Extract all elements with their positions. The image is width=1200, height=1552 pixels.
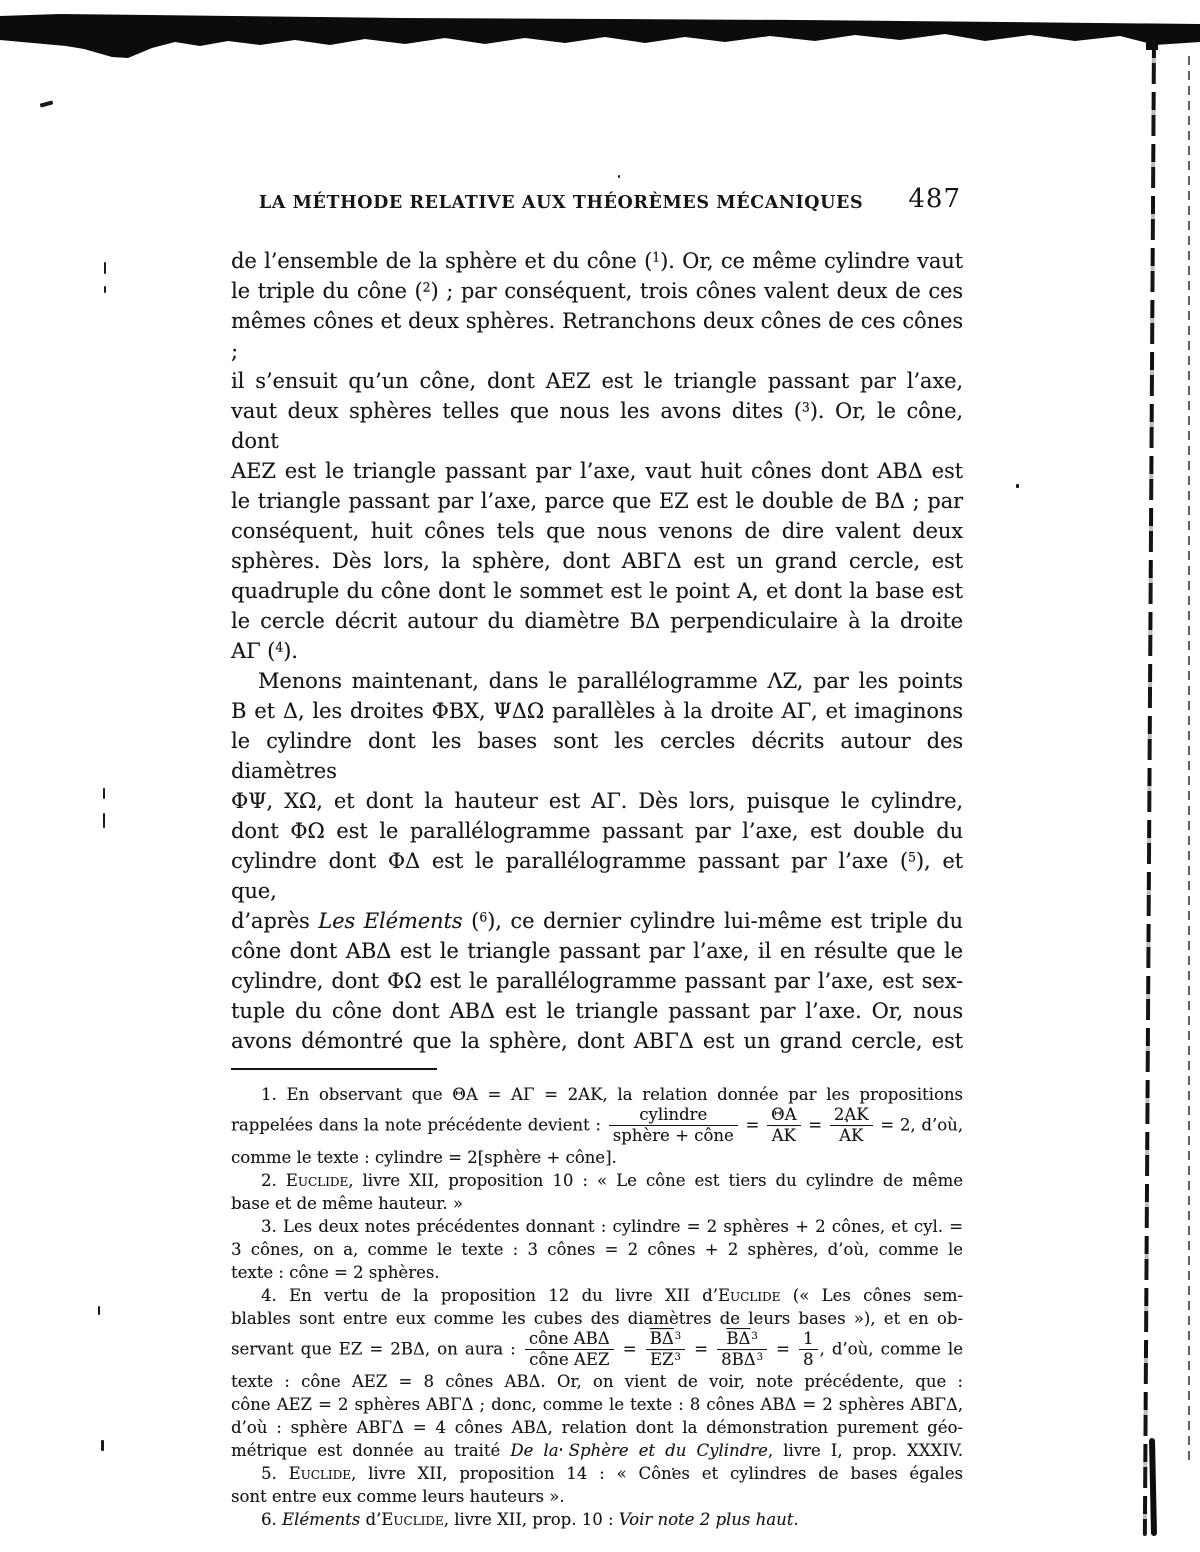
footnote-3: 3. Les deux notes précédentes donnant : …	[231, 1215, 963, 1284]
footnote-5: 5. Euclide, livre XII, proposition 14 : …	[231, 1462, 963, 1508]
text-segment: d’	[360, 1510, 381, 1529]
text-segment: d’après	[231, 909, 318, 933]
text-segment: 8	[803, 1350, 814, 1369]
text-segment: cylindre, dont ΦΩ est le parallélogramme…	[231, 969, 963, 993]
text-segment: BΔ	[726, 1329, 750, 1348]
text-segment: mêmes cônes et deux sphères. Retranchons…	[231, 309, 963, 363]
scan-artifact-binding-line	[1143, 40, 1156, 1536]
text-line: de l’ensemble de la sphère et du cône (1…	[231, 246, 963, 276]
text-line: AΓ (4).	[231, 636, 963, 666]
fraction: cône ABΔcône AEZ	[523, 1330, 616, 1370]
text-segment: Euclide	[718, 1286, 780, 1305]
text-segment: 5	[908, 850, 916, 865]
text-segment: 2.	[261, 1171, 286, 1190]
text-segment: le triangle passant par l’axe, parce que…	[231, 489, 963, 513]
text-segment: AK	[772, 1126, 796, 1145]
text-segment: Voir note 2 plus haut.	[619, 1510, 799, 1529]
text-segment: le cylindre dont les bases sont les cerc…	[231, 729, 963, 783]
text-line: tuple du cône dont ABΔ est le triangle p…	[231, 996, 963, 1026]
ink-speck	[103, 813, 105, 828]
ink-speck	[98, 1306, 100, 1315]
text-line: mêmes cônes et deux sphères. Retranchons…	[231, 306, 963, 366]
text-segment: avons démontré que la sphère, dont ABΓΔ …	[231, 1029, 963, 1053]
text-segment: cylindre dont ΦΔ est le parallélogramme …	[231, 849, 908, 873]
page-body: de l’ensemble de la sphère et du cône (1…	[231, 246, 963, 1531]
text-segment: (« Les cônes sem-	[780, 1286, 963, 1305]
text-line: texte : cône AEZ = 8 cônes ABΔ. Or, on v…	[231, 1370, 963, 1393]
text-segment: De la Sphère et du Cylindre	[510, 1441, 767, 1460]
text-line: servant que EZ = 2BΔ, on aura : cône ABΔ…	[231, 1330, 963, 1370]
text-segment: tuple du cône dont ABΔ est le triangle p…	[231, 999, 963, 1023]
ink-speck	[1016, 484, 1019, 488]
ink-speck	[40, 100, 54, 107]
text-line: le cylindre dont les bases sont les cerc…	[231, 726, 963, 786]
text-segment: , d’où, comme le	[820, 1339, 963, 1358]
text-line: AEZ est le triangle passant par l’axe, v…	[231, 456, 963, 486]
text-line: ΦΨ, XΩ, et dont la hauteur est AΓ. Dès l…	[231, 786, 963, 816]
text-line: il s’ensuit qu’un cône, dont AEZ est le …	[231, 366, 963, 396]
text-segment: de l’ensemble de la sphère et du cône (	[231, 249, 652, 273]
text-segment: , livre XII, proposition 10 : « Le cône …	[348, 1171, 963, 1190]
text-segment: , livre XII, prop. 10 :	[444, 1510, 619, 1529]
text-segment: cylindre	[639, 1105, 707, 1124]
text-segment: cône AEZ = 2 sphères ABΓΔ ; donc, comme …	[231, 1395, 963, 1414]
footnote-separator-rule	[231, 1068, 437, 1070]
text-segment: 3	[674, 1352, 680, 1363]
text-segment: métrique est donnée au traité	[231, 1441, 510, 1460]
text-line: quadruple du cône dont le sommet est le …	[231, 576, 963, 606]
text-line: comme le texte : cylindre = 2[sphère + c…	[231, 1146, 963, 1169]
text-segment: quadruple du cône dont le sommet est le …	[231, 579, 963, 603]
page-number: 487	[908, 184, 961, 214]
scanned-book-page: { "header": { "title": "LA MÉTHODE RELAT…	[0, 0, 1200, 1552]
text-segment: servant que EZ = 2BΔ, on aura :	[231, 1339, 523, 1358]
text-segment: texte : cône = 2 sphères.	[231, 1263, 440, 1282]
paragraph-2: Menons maintenant, dans le parallélogram…	[231, 666, 963, 1056]
text-segment: ΦΨ, XΩ, et dont la hauteur est AΓ. Dès l…	[231, 789, 963, 813]
ink-speck	[103, 788, 105, 799]
text-segment: cône ABΔ	[529, 1329, 610, 1348]
text-line: cône AEZ = 2 sphères ABΓΔ ; donc, comme …	[231, 1393, 963, 1416]
text-segment: sphère + cône	[613, 1126, 734, 1145]
text-segment: =	[687, 1339, 715, 1358]
text-segment: conséquent, huit cônes tels que nous ven…	[231, 519, 963, 543]
text-segment: 6.	[261, 1510, 282, 1529]
footnote-2: 2. Euclide, livre XII, proposition 10 : …	[231, 1169, 963, 1215]
running-title: LA MÉTHODE RELATIVE AUX THÉORÈMES MÉCANI…	[231, 193, 891, 213]
text-segment: 1	[652, 250, 660, 265]
text-segment: rappelées dans la note précédente devien…	[231, 1115, 607, 1134]
text-segment: 8BΔ	[721, 1350, 756, 1369]
text-segment: ) ; par conséquent, trois cônes valent d…	[430, 279, 963, 303]
scan-artifact-page-edge-line	[1188, 56, 1190, 1466]
text-segment: 6	[479, 910, 487, 925]
text-segment: 3	[802, 400, 810, 415]
scan-artifact-bottom-right-mark	[1149, 1438, 1157, 1536]
text-line: rappelées dans la note précédente devien…	[231, 1106, 963, 1146]
text-line: métrique est donnée au traité De la Sphè…	[231, 1439, 963, 1462]
footnote-1: 1. En observant que ΘA = AΓ = 2AK, la re…	[231, 1083, 963, 1169]
text-segment: comme le texte : cylindre = 2[sphère + c…	[231, 1148, 617, 1167]
text-line: 3 cônes, on a, comme le texte : 3 cônes …	[231, 1238, 963, 1261]
text-segment: 4	[275, 640, 283, 655]
fraction: 18	[797, 1330, 820, 1370]
paragraph-1: de l’ensemble de la sphère et du cône (1…	[231, 246, 963, 666]
footnote-4: 4. En vertu de la proposition 12 du livr…	[231, 1284, 963, 1462]
text-segment: Menons maintenant, dans le parallélogram…	[258, 669, 963, 693]
text-line: 5. Euclide, livre XII, proposition 14 : …	[231, 1462, 963, 1485]
text-line: d’après Les Eléments (6), ce dernier cyl…	[231, 906, 963, 936]
text-segment: dont ΦΩ est le parallélogramme passant p…	[231, 819, 963, 843]
text-segment: =	[803, 1115, 828, 1134]
fraction: 2AKAK	[828, 1106, 875, 1146]
text-segment: , livre XII, proposition 14 : « Cônes et…	[351, 1464, 963, 1483]
text-segment: =	[769, 1339, 797, 1358]
text-segment: il s’ensuit qu’un cône, dont AEZ est le …	[231, 369, 963, 393]
fraction: cylindresphère + cône	[607, 1106, 740, 1146]
text-segment: Euclide	[286, 1171, 348, 1190]
fraction: BΔ3EZ3	[644, 1330, 687, 1370]
text-line: texte : cône = 2 sphères.	[231, 1261, 963, 1284]
text-line: cylindre, dont ΦΩ est le parallélogramme…	[231, 966, 963, 996]
ink-speck	[618, 175, 620, 178]
text-segment: cône AEZ	[529, 1350, 609, 1369]
fraction: BΔ38BΔ3	[715, 1330, 769, 1370]
text-segment: = 2, d’où,	[875, 1115, 963, 1134]
text-line: cylindre dont ΦΔ est le parallélogramme …	[231, 846, 963, 906]
text-segment: 3	[757, 1352, 763, 1363]
text-segment: sont entre eux comme leurs hauteurs ».	[231, 1487, 565, 1506]
text-segment: AK	[839, 1126, 863, 1145]
text-segment: 5.	[261, 1464, 289, 1483]
text-line: le triple du cône (2) ; par conséquent, …	[231, 276, 963, 306]
text-segment: 1	[803, 1329, 814, 1348]
text-line: avons démontré que la sphère, dont ABΓΔ …	[231, 1026, 963, 1056]
text-segment: =	[740, 1115, 765, 1134]
text-line: blables sont entre eux comme les cubes d…	[231, 1307, 963, 1330]
text-segment: ).	[283, 639, 298, 663]
text-line: conséquent, huit cônes tels que nous ven…	[231, 516, 963, 546]
text-segment: AEZ est le triangle passant par l’axe, v…	[231, 459, 963, 483]
text-line: base et de même hauteur. »	[231, 1192, 963, 1215]
fraction: ΘAAK	[765, 1106, 802, 1146]
scan-artifact-top-band	[0, 0, 1200, 72]
text-segment: , livre I, prop. XXXIV.	[768, 1441, 963, 1460]
footnotes-block: 1. En observant que ΘA = AΓ = 2AK, la re…	[231, 1083, 963, 1531]
text-segment: le triple du cône (	[231, 279, 423, 303]
text-line: le triangle passant par l’axe, parce que…	[231, 486, 963, 516]
text-line: sont entre eux comme leurs hauteurs ».	[231, 1485, 963, 1508]
text-segment: le cercle décrit autour du diamètre BΔ p…	[231, 609, 963, 633]
text-segment: BΔ	[650, 1329, 674, 1348]
text-segment: EZ	[650, 1350, 674, 1369]
text-segment: (	[462, 909, 479, 933]
text-segment: AΓ (	[231, 639, 275, 663]
text-segment: =	[616, 1339, 644, 1358]
text-segment: 3	[751, 1331, 757, 1342]
text-line: 1. En observant que ΘA = AΓ = 2AK, la re…	[231, 1083, 963, 1106]
text-segment: cône dont ABΔ est le triangle passant pa…	[231, 939, 963, 963]
text-segment: Euclide	[381, 1510, 443, 1529]
text-line: le cercle décrit autour du diamètre BΔ p…	[231, 606, 963, 636]
ink-speck	[101, 1440, 104, 1451]
text-line: cône dont ABΔ est le triangle passant pa…	[231, 936, 963, 966]
text-segment: base et de même hauteur. »	[231, 1194, 463, 1213]
text-line: Menons maintenant, dans le parallélogram…	[231, 666, 963, 696]
text-line: B et Δ, les droites ΦBX, ΨΔΩ parallèles …	[231, 696, 963, 726]
ink-speck	[104, 262, 106, 274]
text-line: d’où : sphère ABΓΔ = 4 cônes ABΔ, relati…	[231, 1416, 963, 1439]
text-line: vaut deux sphères telles que nous les av…	[231, 396, 963, 456]
text-segment: Les Eléments	[318, 909, 462, 933]
text-line: 2. Euclide, livre XII, proposition 10 : …	[231, 1169, 963, 1192]
text-segment: B et Δ, les droites ΦBX, ΨΔΩ parallèles …	[231, 699, 963, 723]
text-segment: ), ce dernier cylindre lui-même est trip…	[487, 909, 963, 933]
text-segment: 3. Les deux notes précédentes donnant : …	[261, 1217, 963, 1236]
text-segment: blables sont entre eux comme les cubes d…	[231, 1309, 963, 1328]
text-segment: 4. En vertu de la proposition 12 du livr…	[261, 1286, 718, 1305]
text-segment: Eléments	[282, 1510, 360, 1529]
text-line: 3. Les deux notes précédentes donnant : …	[231, 1215, 963, 1238]
text-segment: Euclide	[289, 1464, 351, 1483]
text-line: 6. Eléments d’Euclide, livre XII, prop. …	[231, 1508, 963, 1531]
text-line: sphères. Dès lors, la sphère, dont ABΓΔ …	[231, 546, 963, 576]
text-segment: ). Or, ce même cylindre vaut	[660, 249, 963, 273]
text-line: 4. En vertu de la proposition 12 du livr…	[231, 1284, 963, 1307]
footnote-6: 6. Eléments d’Euclide, livre XII, prop. …	[231, 1508, 963, 1531]
page-header: LA MÉTHODE RELATIVE AUX THÉORÈMES MÉCANI…	[231, 186, 963, 222]
text-segment: 1. En observant que ΘA = AΓ = 2AK, la re…	[261, 1085, 963, 1104]
ink-speck	[104, 286, 106, 293]
text-segment: 3 cônes, on a, comme le texte : 3 cônes …	[231, 1240, 963, 1259]
text-segment: d’où : sphère ABΓΔ = 4 cônes ABΔ, relati…	[231, 1418, 963, 1437]
text-segment: sphères. Dès lors, la sphère, dont ABΓΔ …	[231, 549, 963, 573]
text-segment: 2AK	[834, 1105, 869, 1124]
text-segment: 3	[675, 1331, 681, 1342]
text-segment: texte : cône AEZ = 8 cônes ABΔ. Or, on v…	[231, 1372, 963, 1391]
text-segment: vaut deux sphères telles que nous les av…	[231, 399, 802, 423]
text-line: dont ΦΩ est le parallélogramme passant p…	[231, 816, 963, 846]
text-segment: ΘA	[771, 1105, 796, 1124]
